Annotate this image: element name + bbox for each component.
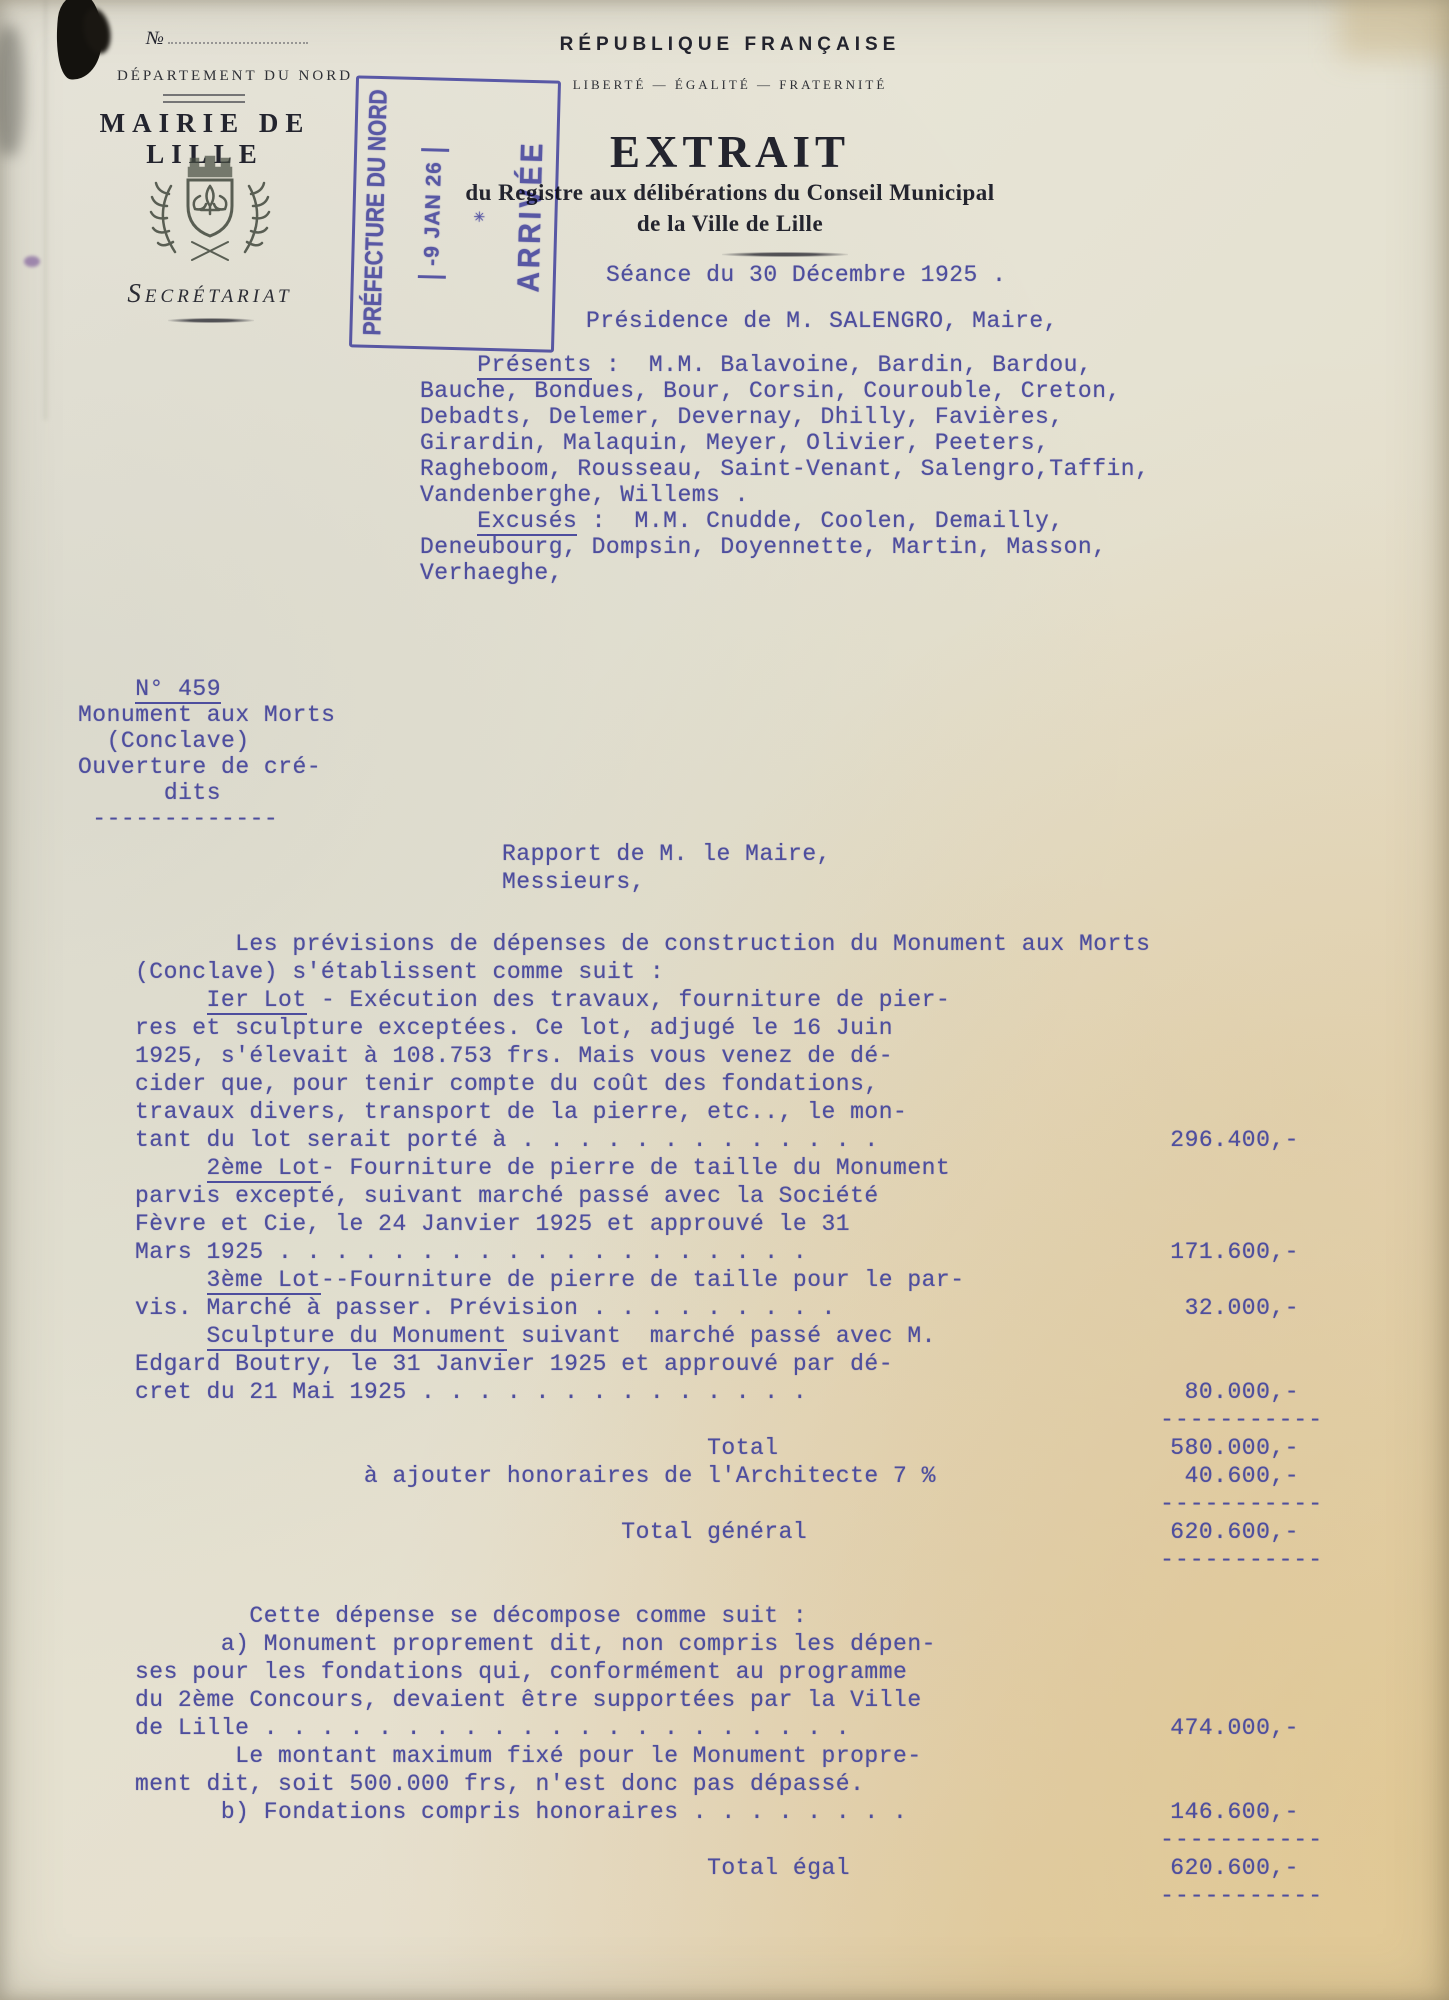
body-line: Les prévisions de dépenses de constructi…: [135, 930, 1449, 958]
body-line: ment dit, soit 500.000 frs, n'est donc p…: [135, 1770, 1449, 1798]
body-line: -----------: [135, 1826, 1449, 1854]
body-line: parvis excepté, suivant marché passé ave…: [135, 1182, 1449, 1210]
line-text: Le montant maximum fixé pour le Monument…: [235, 1743, 922, 1769]
seance-line: Séance du 30 Décembre 1925 .: [606, 262, 1006, 288]
line-prefix: [135, 1155, 207, 1181]
body-line: Mars 1925 . . . . . . . . . . . . . . . …: [135, 1238, 1449, 1266]
body-line: -----------: [135, 1546, 1449, 1574]
flourish-rule: [168, 318, 254, 323]
line-underlined-text: N° 459: [135, 676, 221, 704]
attendance-line: Verhaeghe,: [420, 560, 1149, 586]
body-line: Total général620.600,-: [135, 1518, 1449, 1546]
line-prefix: [78, 676, 135, 702]
line-amount: -----------: [1160, 1546, 1323, 1574]
line-text: parvis excepté, suivant marché passé ave…: [135, 1183, 879, 1209]
rapport-line2: Messieurs,: [502, 868, 831, 896]
rapport-line1: Rapport de M. le Maire,: [502, 840, 831, 868]
line-amount: 620.600,-: [1170, 1854, 1299, 1882]
body-line: -----------: [135, 1882, 1449, 1910]
line-amount: 580.000,-: [1170, 1434, 1299, 1462]
line-prefix: [135, 1267, 207, 1293]
line-text: Mars 1925 . . . . . . . . . . . . . . . …: [135, 1239, 807, 1265]
body-line: 3ème Lot--Fourniture de pierre de taille…: [135, 1266, 1449, 1294]
line-text: Vandenberghe, Willems .: [420, 482, 749, 508]
attendance-line: Debadts, Delemer, Devernay, Dhilly, Favi…: [420, 404, 1149, 430]
departement-label: DÉPARTEMENT DU NORD: [105, 68, 365, 85]
line-amount: 296.400,-: [1170, 1126, 1299, 1154]
line-text: Total: [135, 1435, 779, 1461]
body-line: -----------: [135, 1490, 1449, 1518]
line-text: suivant marché passé avec M.: [507, 1323, 936, 1349]
line-text: Debadts, Delemer, Devernay, Dhilly, Favi…: [420, 404, 1064, 430]
line-underlined-text: Excusés: [477, 508, 577, 536]
line-text: (Conclave): [107, 728, 250, 754]
line-text: ses pour les fondations qui, conformémen…: [135, 1659, 907, 1685]
body-line: ses pour les fondations qui, conformémen…: [135, 1658, 1449, 1686]
stamp-frame: PRÉFECTURE DU NORD -9 JAN 26 ✳ ARRIVÉE: [348, 75, 560, 352]
body-line: à ajouter honoraires de l'Architecte 7 %…: [135, 1462, 1449, 1490]
line-prefix: [135, 1799, 221, 1825]
line-text: --Fourniture de pierre de taille pour le…: [321, 1267, 965, 1293]
presidence-line: Présidence de M. SALENGRO, Maire,: [586, 308, 1058, 334]
attendance-line: Deneubourg, Dompsin, Doyennette, Martin,…: [420, 534, 1149, 560]
line-underlined-text: 2ème Lot: [207, 1155, 321, 1183]
line-prefix: [135, 987, 207, 1013]
margin-note-line: Monument aux Morts: [78, 702, 335, 728]
line-text: - Exécution des travaux, fourniture de p…: [307, 987, 951, 1013]
line-text: travaux divers, transport de la pierre, …: [135, 1099, 907, 1125]
line-text: Total égal: [135, 1855, 850, 1881]
margin-note-line: -------------: [78, 806, 335, 832]
body-line: Total égal620.600,-: [135, 1854, 1449, 1882]
line-amount: 474.000,-: [1170, 1714, 1299, 1742]
attendance-line: Excusés : M.M. Cnudde, Coolen, Demailly,: [420, 508, 1149, 534]
line-amount: 146.600,-: [1170, 1798, 1299, 1826]
line-text: : M.M. Balavoine, Bardin, Bardou,: [592, 352, 1093, 378]
line-amount: 171.600,-: [1170, 1238, 1299, 1266]
attendance-block: Présents : M.M. Balavoine, Bardin, Bardo…: [420, 352, 1149, 586]
body-line: cret du 21 Mai 1925 . . . . . . . . . . …: [135, 1378, 1449, 1406]
attendance-line: Vandenberghe, Willems .: [420, 482, 1149, 508]
stamp-arrivee-text: ARRIVÉE: [510, 139, 550, 292]
report-body-block: Les prévisions de dépenses de constructi…: [135, 930, 1449, 1910]
body-line: 1925, s'élevait à 108.753 frs. Mais vous…: [135, 1042, 1449, 1070]
numero-field: №: [146, 28, 308, 50]
line-text: Deneubourg, Dompsin, Doyennette, Martin,…: [420, 534, 1107, 560]
line-prefix: [420, 508, 477, 534]
line-amount: -----------: [1160, 1406, 1323, 1434]
line-text: cret du 21 Mai 1925 . . . . . . . . . . …: [135, 1379, 807, 1405]
line-text: Ouverture de cré-: [78, 754, 321, 780]
line-prefix: [135, 1323, 207, 1349]
line-prefix: [78, 780, 164, 806]
body-line: de Lille . . . . . . . . . . . . . . . .…: [135, 1714, 1449, 1742]
stamp-date: -9 JAN 26: [417, 148, 448, 279]
attendance-line: Bauche, Bondues, Bour, Corsin, Courouble…: [420, 378, 1149, 404]
line-amount: 620.600,-: [1170, 1518, 1299, 1546]
margin-note-line: (Conclave): [78, 728, 335, 754]
line-text: Total général: [135, 1519, 807, 1545]
body-line: travaux divers, transport de la pierre, …: [135, 1098, 1449, 1126]
double-rule: [163, 94, 245, 103]
line-text: du 2ème Concours, devaient être supporté…: [135, 1687, 922, 1713]
line-text: de Lille . . . . . . . . . . . . . . . .…: [135, 1715, 850, 1741]
body-line: Total580.000,-: [135, 1434, 1449, 1462]
line-amount: -----------: [1160, 1490, 1323, 1518]
body-line: Cette dépense se décompose comme suit :: [135, 1602, 1449, 1630]
line-prefix: [135, 931, 235, 957]
margin-note-line: Ouverture de cré-: [78, 754, 335, 780]
body-line: a) Monument proprement dit, non compris …: [135, 1630, 1449, 1658]
stamp-prefecture-text: PRÉFECTURE DU NORD: [358, 88, 393, 335]
line-text: b) Fondations compris honoraires . . . .…: [221, 1799, 908, 1825]
line-prefix: [135, 1743, 235, 1769]
line-text: (Conclave) s'établissent comme suit :: [135, 959, 664, 985]
line-underlined-text: Sculpture du Monument: [207, 1323, 507, 1351]
body-line: du 2ème Concours, devaient être supporté…: [135, 1686, 1449, 1714]
lille-coat-of-arms-icon: [125, 138, 295, 276]
line-underlined-text: Présents: [477, 352, 591, 380]
attendance-line: Ragheboom, Rousseau, Saint-Venant, Salen…: [420, 456, 1149, 482]
line-text: vis. Marché à passer. Prévision . . . . …: [135, 1295, 836, 1321]
ink-speck: [24, 256, 40, 267]
line-underlined-text: 3ème Lot: [207, 1267, 321, 1295]
line-underlined-text: Ier Lot: [207, 987, 307, 1015]
line-text: Edgard Boutry, le 31 Janvier 1925 et app…: [135, 1351, 893, 1377]
body-line: [135, 1574, 1449, 1602]
line-text: - Fourniture de pierre de taille du Monu…: [321, 1155, 950, 1181]
line-text: dits: [164, 780, 221, 806]
attendance-line: Girardin, Malaquin, Meyer, Olivier, Peet…: [420, 430, 1149, 456]
body-line: res et sculpture exceptées. Ce lot, adju…: [135, 1014, 1449, 1042]
line-text: : M.M. Cnudde, Coolen, Demailly,: [577, 508, 1063, 534]
numero-label: №: [146, 28, 164, 49]
line-text: Cette dépense se décompose comme suit :: [249, 1603, 807, 1629]
line-text: Fèvre et Cie, le 24 Janvier 1925 et appr…: [135, 1211, 850, 1237]
body-line: Le montant maximum fixé pour le Monument…: [135, 1742, 1449, 1770]
paper-crease: [44, 0, 47, 420]
line-prefix: [420, 352, 477, 378]
line-text: 1925, s'élevait à 108.753 frs. Mais vous…: [135, 1043, 893, 1069]
line-prefix: [135, 1631, 221, 1657]
margin-note-block: N° 459Monument aux Morts (Conclave)Ouver…: [78, 676, 335, 832]
line-text: Ragheboom, Rousseau, Saint-Venant, Salen…: [420, 456, 1149, 482]
line-text: Girardin, Malaquin, Meyer, Olivier, Peet…: [420, 430, 1049, 456]
line-amount: 32.000,-: [1185, 1294, 1299, 1322]
corner-discoloration: [1339, 0, 1449, 58]
line-text: a) Monument proprement dit, non compris …: [221, 1631, 936, 1657]
line-prefix: [135, 1603, 249, 1629]
line-text: Bauche, Bondues, Bour, Corsin, Courouble…: [420, 378, 1121, 404]
body-line: (Conclave) s'établissent comme suit :: [135, 958, 1449, 986]
margin-note-line: dits: [78, 780, 335, 806]
body-line: Edgard Boutry, le 31 Janvier 1925 et app…: [135, 1350, 1449, 1378]
line-prefix: [78, 728, 107, 754]
body-line: b) Fondations compris honoraires . . . .…: [135, 1798, 1449, 1826]
prefecture-arrival-stamp: PRÉFECTURE DU NORD -9 JAN 26 ✳ ARRIVÉE: [348, 75, 560, 352]
rapport-heading: Rapport de M. le Maire, Messieurs,: [502, 840, 831, 896]
body-line: 2ème Lot- Fourniture de pierre de taille…: [135, 1154, 1449, 1182]
line-text: tant du lot serait porté à . . . . . . .…: [135, 1127, 879, 1153]
attendance-line: Présents : M.M. Balavoine, Bardin, Bardo…: [420, 352, 1149, 378]
line-text: Verhaeghe,: [420, 560, 563, 586]
margin-note-line: N° 459: [78, 676, 335, 702]
line-text: Les prévisions de dépenses de constructi…: [235, 931, 1150, 957]
secretariat-label: Secrétariat: [100, 278, 320, 309]
line-amount: 80.000,-: [1185, 1378, 1299, 1406]
body-line: Sculpture du Monument suivant marché pas…: [135, 1322, 1449, 1350]
flourish-rule: [722, 252, 848, 257]
body-line: tant du lot serait porté à . . . . . . .…: [135, 1126, 1449, 1154]
line-text: res et sculpture exceptées. Ce lot, adju…: [135, 1015, 893, 1041]
line-amount: -----------: [1160, 1882, 1323, 1910]
numero-dotted-line: [168, 28, 308, 44]
line-text: à ajouter honoraires de l'Architecte 7 %: [135, 1463, 936, 1489]
stamp-star-ornament: ✳: [475, 207, 483, 223]
body-line: Ier Lot - Exécution des travaux, fournit…: [135, 986, 1449, 1014]
body-line: -----------: [135, 1406, 1449, 1434]
line-amount: -----------: [1160, 1826, 1323, 1854]
body-line: Fèvre et Cie, le 24 Janvier 1925 et appr…: [135, 1210, 1449, 1238]
corner-smudge: [0, 26, 24, 156]
line-text: Monument aux Morts: [78, 702, 335, 728]
line-text: cider que, pour tenir compte du coût des…: [135, 1071, 879, 1097]
republique-title: RÉPUBLIQUE FRANÇAISE: [450, 34, 1010, 56]
line-text: -------------: [78, 806, 278, 832]
body-line: cider que, pour tenir compte du coût des…: [135, 1070, 1449, 1098]
body-line: vis. Marché à passer. Prévision . . . . …: [135, 1294, 1449, 1322]
scanned-document-page: № DÉPARTEMENT DU NORD MAIRIE DE LILLE Se…: [0, 0, 1449, 2000]
line-amount: 40.600,-: [1185, 1462, 1299, 1490]
line-text: ment dit, soit 500.000 frs, n'est donc p…: [135, 1771, 864, 1797]
